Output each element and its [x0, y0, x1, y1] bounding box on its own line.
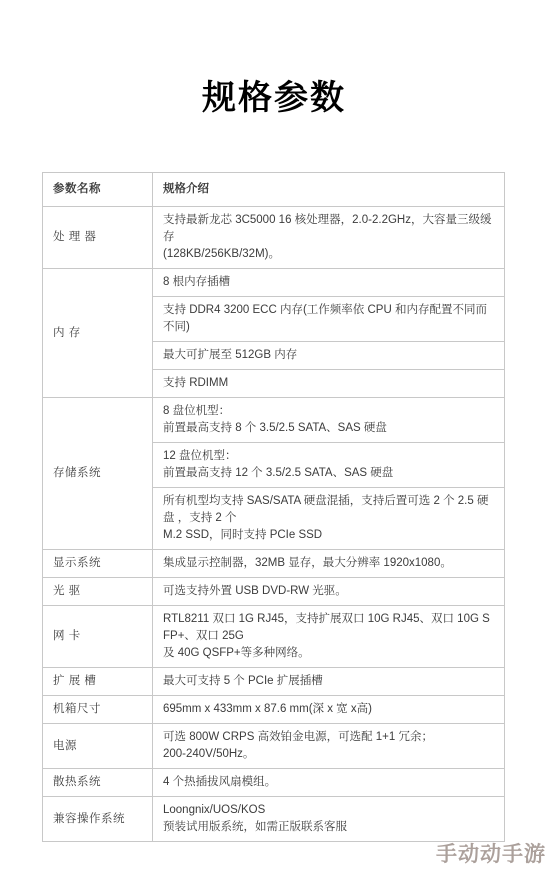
param-name-cell: 显示系统 [43, 550, 153, 578]
spec-line: 4 个热插拔风扇模组。 [163, 774, 494, 791]
spec-line: 支持 RDIMM [163, 375, 494, 392]
spec-line: RTL8211 双口 1G RJ45，支持扩展双口 10G RJ45、双口 10… [163, 611, 494, 645]
spec-line: 8 根内存插槽 [163, 274, 494, 291]
table-row-memory: 内 存 8 根内存插槽 [43, 269, 505, 297]
spec-line: 最大可支持 5 个 PCIe 扩展插槽 [163, 673, 494, 690]
spec-value-cell: 支持 DDR4 3200 ECC 内存(工作频率依 CPU 和内存配置不同而不同… [153, 297, 505, 342]
table-row-processor: 处 理 器 支持最新龙芯 3C5000 16 核处理器，2.0-2.2GHz，大… [43, 207, 505, 269]
spec-line: 所有机型均支持 SAS/SATA 硬盘混插，支持后置可选 2 个 2.5 硬盘 … [163, 493, 494, 527]
spec-value-cell: 最大可支持 5 个 PCIe 扩展插槽 [153, 668, 505, 696]
table-row-storage: 存储系统 8 盘位机型： 前置最高支持 8 个 3.5/2.5 SATA、SAS… [43, 398, 505, 443]
spec-line: 695mm x 433mm x 87.6 mm(深 x 宽 x高) [163, 701, 494, 718]
spec-line: 前置最高支持 8 个 3.5/2.5 SATA、SAS 硬盘 [163, 420, 494, 437]
param-name-cell: 机箱尺寸 [43, 696, 153, 724]
table-header-row: 参数名称 规格介绍 [43, 173, 505, 207]
spec-intro-header: 规格介绍 [153, 173, 505, 207]
spec-table: 参数名称 规格介绍 处 理 器 支持最新龙芯 3C5000 16 核处理器，2.… [42, 172, 505, 842]
param-name-cell: 存储系统 [43, 398, 153, 550]
table-row-chassis-size: 机箱尺寸 695mm x 433mm x 87.6 mm(深 x 宽 x高) [43, 696, 505, 724]
table-row-power-supply: 电源 可选 800W CRPS 高效铂金电源，可选配 1+1 冗余； 200-2… [43, 724, 505, 769]
param-name-cell: 电源 [43, 724, 153, 769]
param-name-cell: 光 驱 [43, 578, 153, 606]
spec-value-cell: 集成显示控制器，32MB 显存，最大分辨率 1920x1080。 [153, 550, 505, 578]
param-name-cell: 内 存 [43, 269, 153, 398]
spec-line: 8 盘位机型： [163, 403, 494, 420]
param-name-header: 参数名称 [43, 173, 153, 207]
watermark: 手动动手游 [436, 838, 546, 868]
spec-line: 200-240V/50Hz。 [163, 746, 494, 763]
spec-value-cell: 4 个热插拔风扇模组。 [153, 769, 505, 797]
param-name-cell: 网 卡 [43, 606, 153, 668]
param-name-cell: 兼容操作系统 [43, 797, 153, 842]
param-name-cell: 扩 展 槽 [43, 668, 153, 696]
spec-line: 及 40G QSFP+等多种网络。 [163, 645, 494, 662]
spec-value-cell: 8 盘位机型： 前置最高支持 8 个 3.5/2.5 SATA、SAS 硬盘 [153, 398, 505, 443]
spec-line: 最大可扩展至 512GB 内存 [163, 347, 494, 364]
spec-line: Loongnix/UOS/KOS [163, 802, 494, 819]
spec-value-cell: 支持最新龙芯 3C5000 16 核处理器，2.0-2.2GHz，大容量三级缓存… [153, 207, 505, 269]
table-row-network: 网 卡 RTL8211 双口 1G RJ45，支持扩展双口 10G RJ45、双… [43, 606, 505, 668]
spec-line: 集成显示控制器，32MB 显存，最大分辨率 1920x1080。 [163, 555, 494, 572]
spec-line: M.2 SSD，同时支持 PCIe SSD [163, 527, 494, 544]
spec-line: 可选 800W CRPS 高效铂金电源，可选配 1+1 冗余； [163, 729, 494, 746]
spec-line: 前置最高支持 12 个 3.5/2.5 SATA、SAS 硬盘 [163, 465, 494, 482]
page-title: 规格参数 [0, 70, 548, 119]
spec-value-cell: 所有机型均支持 SAS/SATA 硬盘混插，支持后置可选 2 个 2.5 硬盘 … [153, 488, 505, 550]
table-row-expansion-slots: 扩 展 槽 最大可支持 5 个 PCIe 扩展插槽 [43, 668, 505, 696]
spec-value-cell: Loongnix/UOS/KOS 预装试用版系统，如需正版联系客服 [153, 797, 505, 842]
spec-value-cell: 可选支持外置 USB DVD-RW 光驱。 [153, 578, 505, 606]
spec-line: 可选支持外置 USB DVD-RW 光驱。 [163, 583, 494, 600]
table-row-os-compat: 兼容操作系统 Loongnix/UOS/KOS 预装试用版系统，如需正版联系客服 [43, 797, 505, 842]
table-row-optical-drive: 光 驱 可选支持外置 USB DVD-RW 光驱。 [43, 578, 505, 606]
spec-value-cell: 8 根内存插槽 [153, 269, 505, 297]
spec-value-cell: RTL8211 双口 1G RJ45，支持扩展双口 10G RJ45、双口 10… [153, 606, 505, 668]
spec-line: 支持最新龙芯 3C5000 16 核处理器，2.0-2.2GHz，大容量三级缓存 [163, 212, 494, 246]
spec-value-cell: 695mm x 433mm x 87.6 mm(深 x 宽 x高) [153, 696, 505, 724]
spec-value-cell: 12 盘位机型： 前置最高支持 12 个 3.5/2.5 SATA、SAS 硬盘 [153, 443, 505, 488]
spec-value-cell: 支持 RDIMM [153, 370, 505, 398]
spec-line: 预装试用版系统，如需正版联系客服 [163, 819, 494, 836]
table-row-cooling: 散热系统 4 个热插拔风扇模组。 [43, 769, 505, 797]
table-row-display: 显示系统 集成显示控制器，32MB 显存，最大分辨率 1920x1080。 [43, 550, 505, 578]
spec-line: 12 盘位机型： [163, 448, 494, 465]
spec-line: (128KB/256KB/32M)。 [163, 246, 494, 263]
param-name-cell: 处 理 器 [43, 207, 153, 269]
spec-sheet-page: 规格参数 参数名称 规格介绍 处 理 器 支持最新龙芯 3C5000 16 核处… [0, 0, 548, 874]
spec-line: 支持 DDR4 3200 ECC 内存(工作频率依 CPU 和内存配置不同而不同… [163, 302, 494, 336]
spec-value-cell: 可选 800W CRPS 高效铂金电源，可选配 1+1 冗余； 200-240V… [153, 724, 505, 769]
param-name-cell: 散热系统 [43, 769, 153, 797]
spec-value-cell: 最大可扩展至 512GB 内存 [153, 342, 505, 370]
